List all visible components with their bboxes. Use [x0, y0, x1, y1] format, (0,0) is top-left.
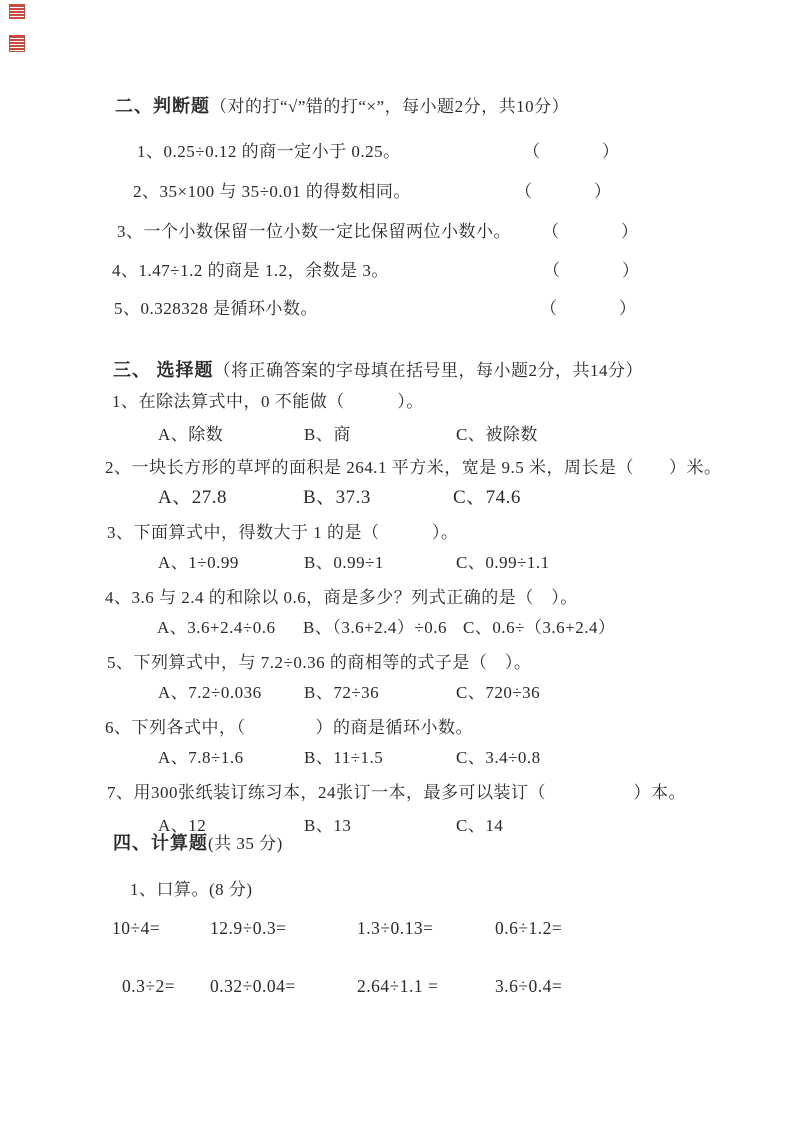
worksheet-page: 二、判断题（对的打“√”错的打“×”，每小题2分，共10分） 1、0.25÷0.… — [0, 0, 793, 1122]
judge-item-5-blank: （） — [540, 298, 636, 320]
choice-question-4: 4、3.6 与 2.4 的和除以 0.6，商是多少？列式正确的是（ ）。 — [105, 587, 578, 609]
oral-item: 2.64÷1.1 = — [357, 975, 438, 997]
judge-item-4: 4、1.47÷1.2 的商是 1.2，余数是 3。 — [112, 260, 389, 282]
judge-item-3-blank: （） — [542, 221, 638, 243]
option-a: A、1÷0.99 — [158, 552, 239, 574]
paren-open: （ — [523, 142, 540, 161]
paren-open: （ — [542, 222, 559, 241]
oral-item: 12.9÷0.3= — [210, 917, 286, 939]
choice-question-7: 7、用300张纸装订练习本，24张订一本，最多可以装订（ ）本。 — [107, 782, 686, 804]
option-c: C、14 — [456, 815, 503, 837]
judge-item-1-blank: （） — [523, 141, 619, 163]
oral-item: 0.32÷0.04= — [210, 975, 296, 997]
judge-item-1: 1、0.25÷0.12 的商一定小于 0.25。 — [137, 141, 401, 163]
choice-options-1: A、除数 B、商 C、被除数 — [0, 424, 793, 448]
option-b: B、13 — [304, 815, 351, 837]
choice-options-4: A、3.6+2.4÷0.6 B、（3.6+2.4）÷0.6 C、0.6÷（3.6… — [0, 617, 793, 641]
option-a: A、除数 — [158, 424, 223, 446]
choice-question-5: 5、下列算式中，与 7.2÷0.36 的商相等的式子是（ ）。 — [107, 652, 531, 674]
calc-section-heading: 四、计算题(共 35 分) — [113, 832, 283, 855]
choice-section-title: 三、 选择题 — [113, 360, 214, 380]
oral-item: 1.3÷0.13= — [357, 917, 433, 939]
choice-question-1: 1、在除法算式中，0 不能做（ ）。 — [112, 391, 424, 413]
option-a: A、27.8 — [158, 487, 227, 509]
option-c: C、0.6÷（3.6+2.4） — [463, 617, 616, 639]
judge-section-title: 二、判断题 — [115, 96, 210, 116]
choice-section-heading: 三、 选择题（将正确答案的字母填在括号里，每小题2分，共14分） — [113, 359, 643, 382]
option-b: B、11÷1.5 — [304, 747, 383, 769]
option-b: B、商 — [304, 424, 351, 446]
oral-item: 3.6÷0.4= — [495, 975, 562, 997]
choice-options-2: A、27.8 B、37.3 C、74.6 — [0, 487, 793, 511]
option-c: C、被除数 — [456, 424, 538, 446]
choice-section-note: （将正确答案的字母填在括号里，每小题2分，共14分） — [214, 361, 644, 380]
paren-open: （ — [540, 299, 557, 318]
choice-options-3: A、1÷0.99 B、0.99÷1 C、0.99÷1.1 — [0, 552, 793, 576]
oral-calc-subtitle: 1、口算。(8 分) — [130, 879, 253, 901]
option-a: A、7.8÷1.6 — [158, 747, 244, 769]
option-c: C、720÷36 — [456, 682, 540, 704]
choice-question-3: 3、下面算式中，得数大于 1 的是（ ）。 — [107, 522, 459, 544]
judge-item-5: 5、0.328328 是循环小数。 — [114, 298, 318, 320]
oral-item: 10÷4= — [112, 917, 160, 939]
choice-question-2: 2、一块长方形的草坪的面积是 264.1 平方米，宽是 9.5 米，周长是（ ）… — [105, 457, 722, 479]
paren-open: （ — [543, 261, 560, 280]
paren-close: ） — [622, 261, 639, 280]
judge-item-3: 3、一个小数保留一位小数一定比保留两位小数小。 — [117, 221, 511, 243]
oral-item: 0.6÷1.2= — [495, 917, 562, 939]
judge-item-2: 2、35×100 与 35÷0.01 的得数相同。 — [133, 181, 411, 203]
paren-close: ） — [621, 222, 638, 241]
option-c: C、3.4÷0.8 — [456, 747, 541, 769]
choice-options-6: A、7.8÷1.6 B、11÷1.5 C、3.4÷0.8 — [0, 747, 793, 771]
option-b: B、37.3 — [303, 487, 371, 509]
option-c: C、74.6 — [453, 487, 521, 509]
paren-close: ） — [619, 299, 636, 318]
judge-section-heading: 二、判断题（对的打“√”错的打“×”，每小题2分，共10分） — [115, 95, 569, 118]
paren-close: ） — [594, 182, 611, 201]
option-b: B、72÷36 — [304, 682, 379, 704]
option-a: A、3.6+2.4÷0.6 — [157, 617, 275, 639]
option-b: B、（3.6+2.4）÷0.6 — [303, 617, 447, 639]
choice-options-5: A、7.2÷0.036 B、72÷36 C、720÷36 — [0, 682, 793, 706]
paren-close: ） — [602, 142, 619, 161]
judge-item-2-blank: （） — [515, 181, 611, 203]
choice-question-6: 6、下列各式中，（ ）的商是循环小数。 — [105, 717, 473, 739]
judge-item-4-blank: （） — [543, 260, 639, 282]
option-a: A、7.2÷0.036 — [158, 682, 262, 704]
red-stamp-icon — [10, 5, 24, 18]
option-b: B、0.99÷1 — [304, 552, 384, 574]
option-c: C、0.99÷1.1 — [456, 552, 550, 574]
red-stamp-icon — [10, 36, 24, 51]
calc-section-note: (共 35 分) — [208, 834, 283, 853]
calc-section-title: 四、计算题 — [113, 833, 208, 853]
judge-section-note: （对的打“√”错的打“×”，每小题2分，共10分） — [210, 97, 569, 116]
oral-item: 0.3÷2= — [122, 975, 175, 997]
paren-open: （ — [515, 182, 532, 201]
